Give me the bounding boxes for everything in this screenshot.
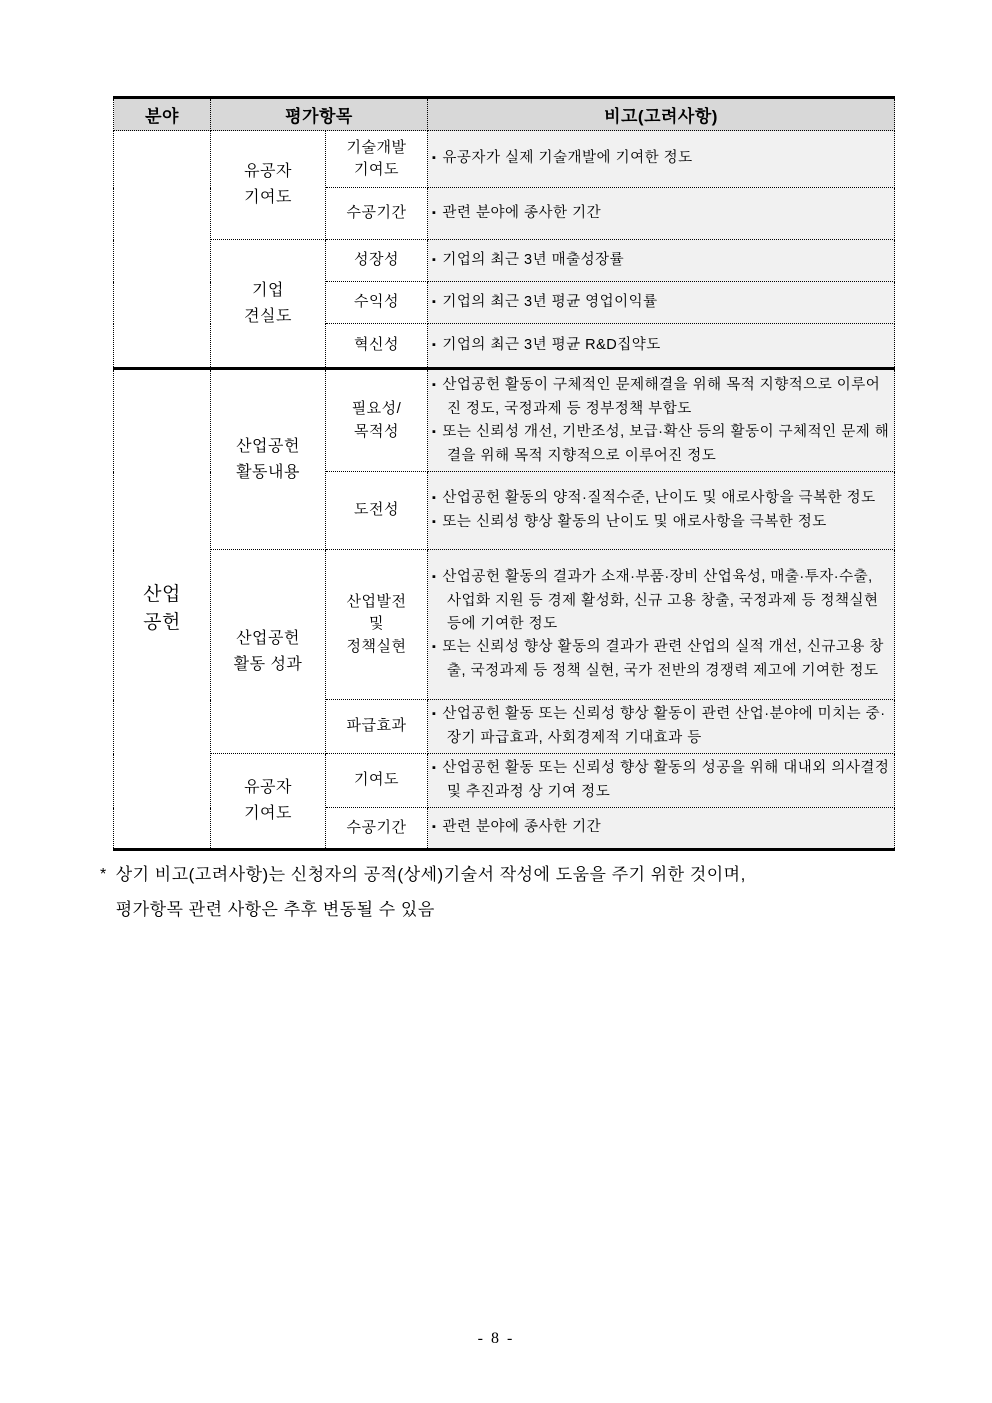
header-field: 분야 [114,98,211,131]
remark-bullet: ▪또는 신뢰성 향상 활동의 결과가 관련 산업의 실적 개선, 신규고용 창출… [432,636,890,683]
footnote-line-1: 상기 비고(고려사항)는 신청자의 공적(상세)기술서 작성에 도움을 주기 위… [116,862,746,888]
remarks-cell: ▪산업공헌 활동의 결과가 소재·부품·장비 산업육성, 매출·투자·수출, 사… [428,550,895,700]
remark-bullet: ▪산업공헌 활동의 결과가 소재·부품·장비 산업육성, 매출·투자·수출, 사… [432,566,890,636]
table-row: 유공자 기여도 기술개발 기여도 ▪유공자가 실제 기술개발에 기여한 정도 [114,131,895,188]
square-bullet-icon: ▪ [432,339,436,351]
remark-bullet: ▪기업의 최근 3년 매출성장률 [432,249,890,273]
category-activity-performance: 산업공헌 활동 성과 [211,550,326,754]
remark-text: 관련 분야에 종사한 기간 [442,205,601,221]
square-bullet-icon: ▪ [432,379,436,391]
square-bullet-icon: ▪ [432,571,436,583]
category-activity-content: 산업공헌 활동내용 [211,369,326,550]
remark-text: 또는 신뢰성 향상 활동의 결과가 관련 산업의 실적 개선, 신규고용 창출,… [442,639,884,679]
evaluation-table-wrap: 분야 평가항목 비고(고려사항) 유공자 기여도 기술개발 기여도 ▪유공자가 … [113,96,894,851]
item-industry-dev-policy: 산업발전 및 정책실현 [326,550,428,700]
category-contribution-of-person: 유공자 기여도 [211,131,326,240]
remark-bullet: ▪관련 분야에 종사한 기간 [432,202,890,226]
item-career-period-2: 수공기간 [326,808,428,850]
item-innovation: 혁신성 [326,324,428,369]
item-career-period: 수공기간 [326,188,428,240]
remark-text: 유공자가 실제 기술개발에 기여한 정도 [442,150,692,166]
footnote-line-2: 평가항목 관련 사항은 추후 변동될 수 있음 [116,897,746,923]
remarks-cell: ▪관련 분야에 종사한 기간 [428,188,895,240]
header-eval-item: 평가항목 [211,98,428,131]
footnote-asterisk: * [100,862,107,932]
square-bullet-icon: ▪ [432,492,436,504]
square-bullet-icon: ▪ [432,152,436,164]
remark-text: 산업공헌 활동 또는 신뢰성 향상 활동의 성공을 위해 대내외 의사결정 및 … [442,760,889,800]
remark-bullet: ▪기업의 최근 3년 평균 R&D집약도 [432,334,890,358]
table-row: 기업 견실도 성장성 ▪기업의 최근 3년 매출성장률 [114,240,895,282]
remark-bullet: ▪기업의 최근 3년 평균 영업이익률 [432,291,890,315]
remarks-cell: ▪유공자가 실제 기술개발에 기여한 정도 [428,131,895,188]
remarks-cell: ▪기업의 최근 3년 평균 R&D집약도 [428,324,895,369]
remark-text: 관련 분야에 종사한 기간 [442,819,601,835]
remark-bullet: ▪산업공헌 활동 또는 신뢰성 향상 활동의 성공을 위해 대내외 의사결정 및… [432,757,890,804]
evaluation-criteria-table: 분야 평가항목 비고(고려사항) 유공자 기여도 기술개발 기여도 ▪유공자가 … [113,96,895,851]
remarks-cell: ▪산업공헌 활동 또는 신뢰성 향상 활동의 성공을 위해 대내외 의사결정 및… [428,754,895,808]
remark-text: 기업의 최근 3년 평균 영업이익률 [442,294,657,310]
remarks-cell: ▪산업공헌 활동이 구체적인 문제해결을 위해 목적 지향적으로 이루어진 정도… [428,369,895,472]
square-bullet-icon: ▪ [432,516,436,528]
remarks-cell: ▪산업공헌 활동 또는 신뢰성 향상 활동이 관련 산업·분야에 미치는 중·장… [428,700,895,754]
remark-text: 기업의 최근 3년 매출성장률 [442,252,624,268]
table-header-row: 분야 평가항목 비고(고려사항) [114,98,895,131]
square-bullet-icon: ▪ [432,254,436,266]
item-ripple-effect: 파급효과 [326,700,428,754]
square-bullet-icon: ▪ [432,708,436,720]
document-page: 분야 평가항목 비고(고려사항) 유공자 기여도 기술개발 기여도 ▪유공자가 … [0,0,992,1403]
square-bullet-icon: ▪ [432,641,436,653]
remark-bullet: ▪산업공헌 활동 또는 신뢰성 향상 활동이 관련 산업·분야에 미치는 중·장… [432,703,890,750]
square-bullet-icon: ▪ [432,296,436,308]
item-tech-dev-contribution: 기술개발 기여도 [326,131,428,188]
remark-text: 산업공헌 활동의 양적·질적수준, 난이도 및 애로사항을 극복한 정도 [442,490,875,506]
remarks-cell: ▪관련 분야에 종사한 기간 [428,808,895,850]
header-remarks: 비고(고려사항) [428,98,895,131]
item-contribution: 기여도 [326,754,428,808]
remarks-cell: ▪기업의 최근 3년 평균 영업이익률 [428,282,895,324]
footnote-text: 상기 비고(고려사항)는 신청자의 공적(상세)기술서 작성에 도움을 주기 위… [116,862,746,932]
remark-bullet: ▪관련 분야에 종사한 기간 [432,816,890,840]
remark-text: 산업공헌 활동의 결과가 소재·부품·장비 산업육성, 매출·투자·수출, 사업… [442,569,878,632]
remark-bullet: ▪산업공헌 활동의 양적·질적수준, 난이도 및 애로사항을 극복한 정도 [432,487,890,511]
remark-text: 또는 신뢰성 향상 활동의 난이도 및 애로사항을 극복한 정도 [442,514,826,530]
item-growth: 성장성 [326,240,428,282]
page-number: - 8 - [0,1330,992,1348]
category-contribution-of-person-2: 유공자 기여도 [211,754,326,850]
square-bullet-icon: ▪ [432,821,436,833]
item-profitability: 수익성 [326,282,428,324]
table-row: 유공자 기여도 기여도 ▪산업공헌 활동 또는 신뢰성 향상 활동의 성공을 위… [114,754,895,808]
remark-bullet: ▪유공자가 실제 기술개발에 기여한 정도 [432,147,890,171]
remark-bullet: ▪산업공헌 활동이 구체적인 문제해결을 위해 목적 지향적으로 이루어진 정도… [432,374,890,421]
category-company-soundness: 기업 견실도 [211,240,326,369]
square-bullet-icon: ▪ [432,762,436,774]
remarks-cell: ▪기업의 최근 3년 매출성장률 [428,240,895,282]
item-necessity-purpose: 필요성/ 목적성 [326,369,428,472]
field-cell-empty [114,131,211,369]
remarks-cell: ▪산업공헌 활동의 양적·질적수준, 난이도 및 애로사항을 극복한 정도 ▪또… [428,472,895,550]
square-bullet-icon: ▪ [432,207,436,219]
footnote: * 상기 비고(고려사항)는 신청자의 공적(상세)기술서 작성에 도움을 주기… [100,862,960,932]
remark-bullet: ▪또는 신뢰성 향상 활동의 난이도 및 애로사항을 극복한 정도 [432,511,890,535]
remark-text: 산업공헌 활동이 구체적인 문제해결을 위해 목적 지향적으로 이루어진 정도,… [442,377,880,417]
item-challenge: 도전성 [326,472,428,550]
remark-text: 또는 신뢰성 개선, 기반조성, 보급·확산 등의 활동이 구체적인 문제 해결… [442,424,889,464]
remark-text: 기업의 최근 3년 평균 R&D집약도 [442,337,660,353]
table-row: 산업공헌 활동 성과 산업발전 및 정책실현 ▪산업공헌 활동의 결과가 소재·… [114,550,895,700]
remark-text: 산업공헌 활동 또는 신뢰성 향상 활동이 관련 산업·분야에 미치는 중·장기… [442,706,885,746]
square-bullet-icon: ▪ [432,426,436,438]
remark-bullet: ▪또는 신뢰성 개선, 기반조성, 보급·확산 등의 활동이 구체적인 문제 해… [432,421,890,468]
table-row: 산업 공헌 산업공헌 활동내용 필요성/ 목적성 ▪산업공헌 활동이 구체적인 … [114,369,895,472]
field-industry-contribution: 산업 공헌 [114,369,211,850]
